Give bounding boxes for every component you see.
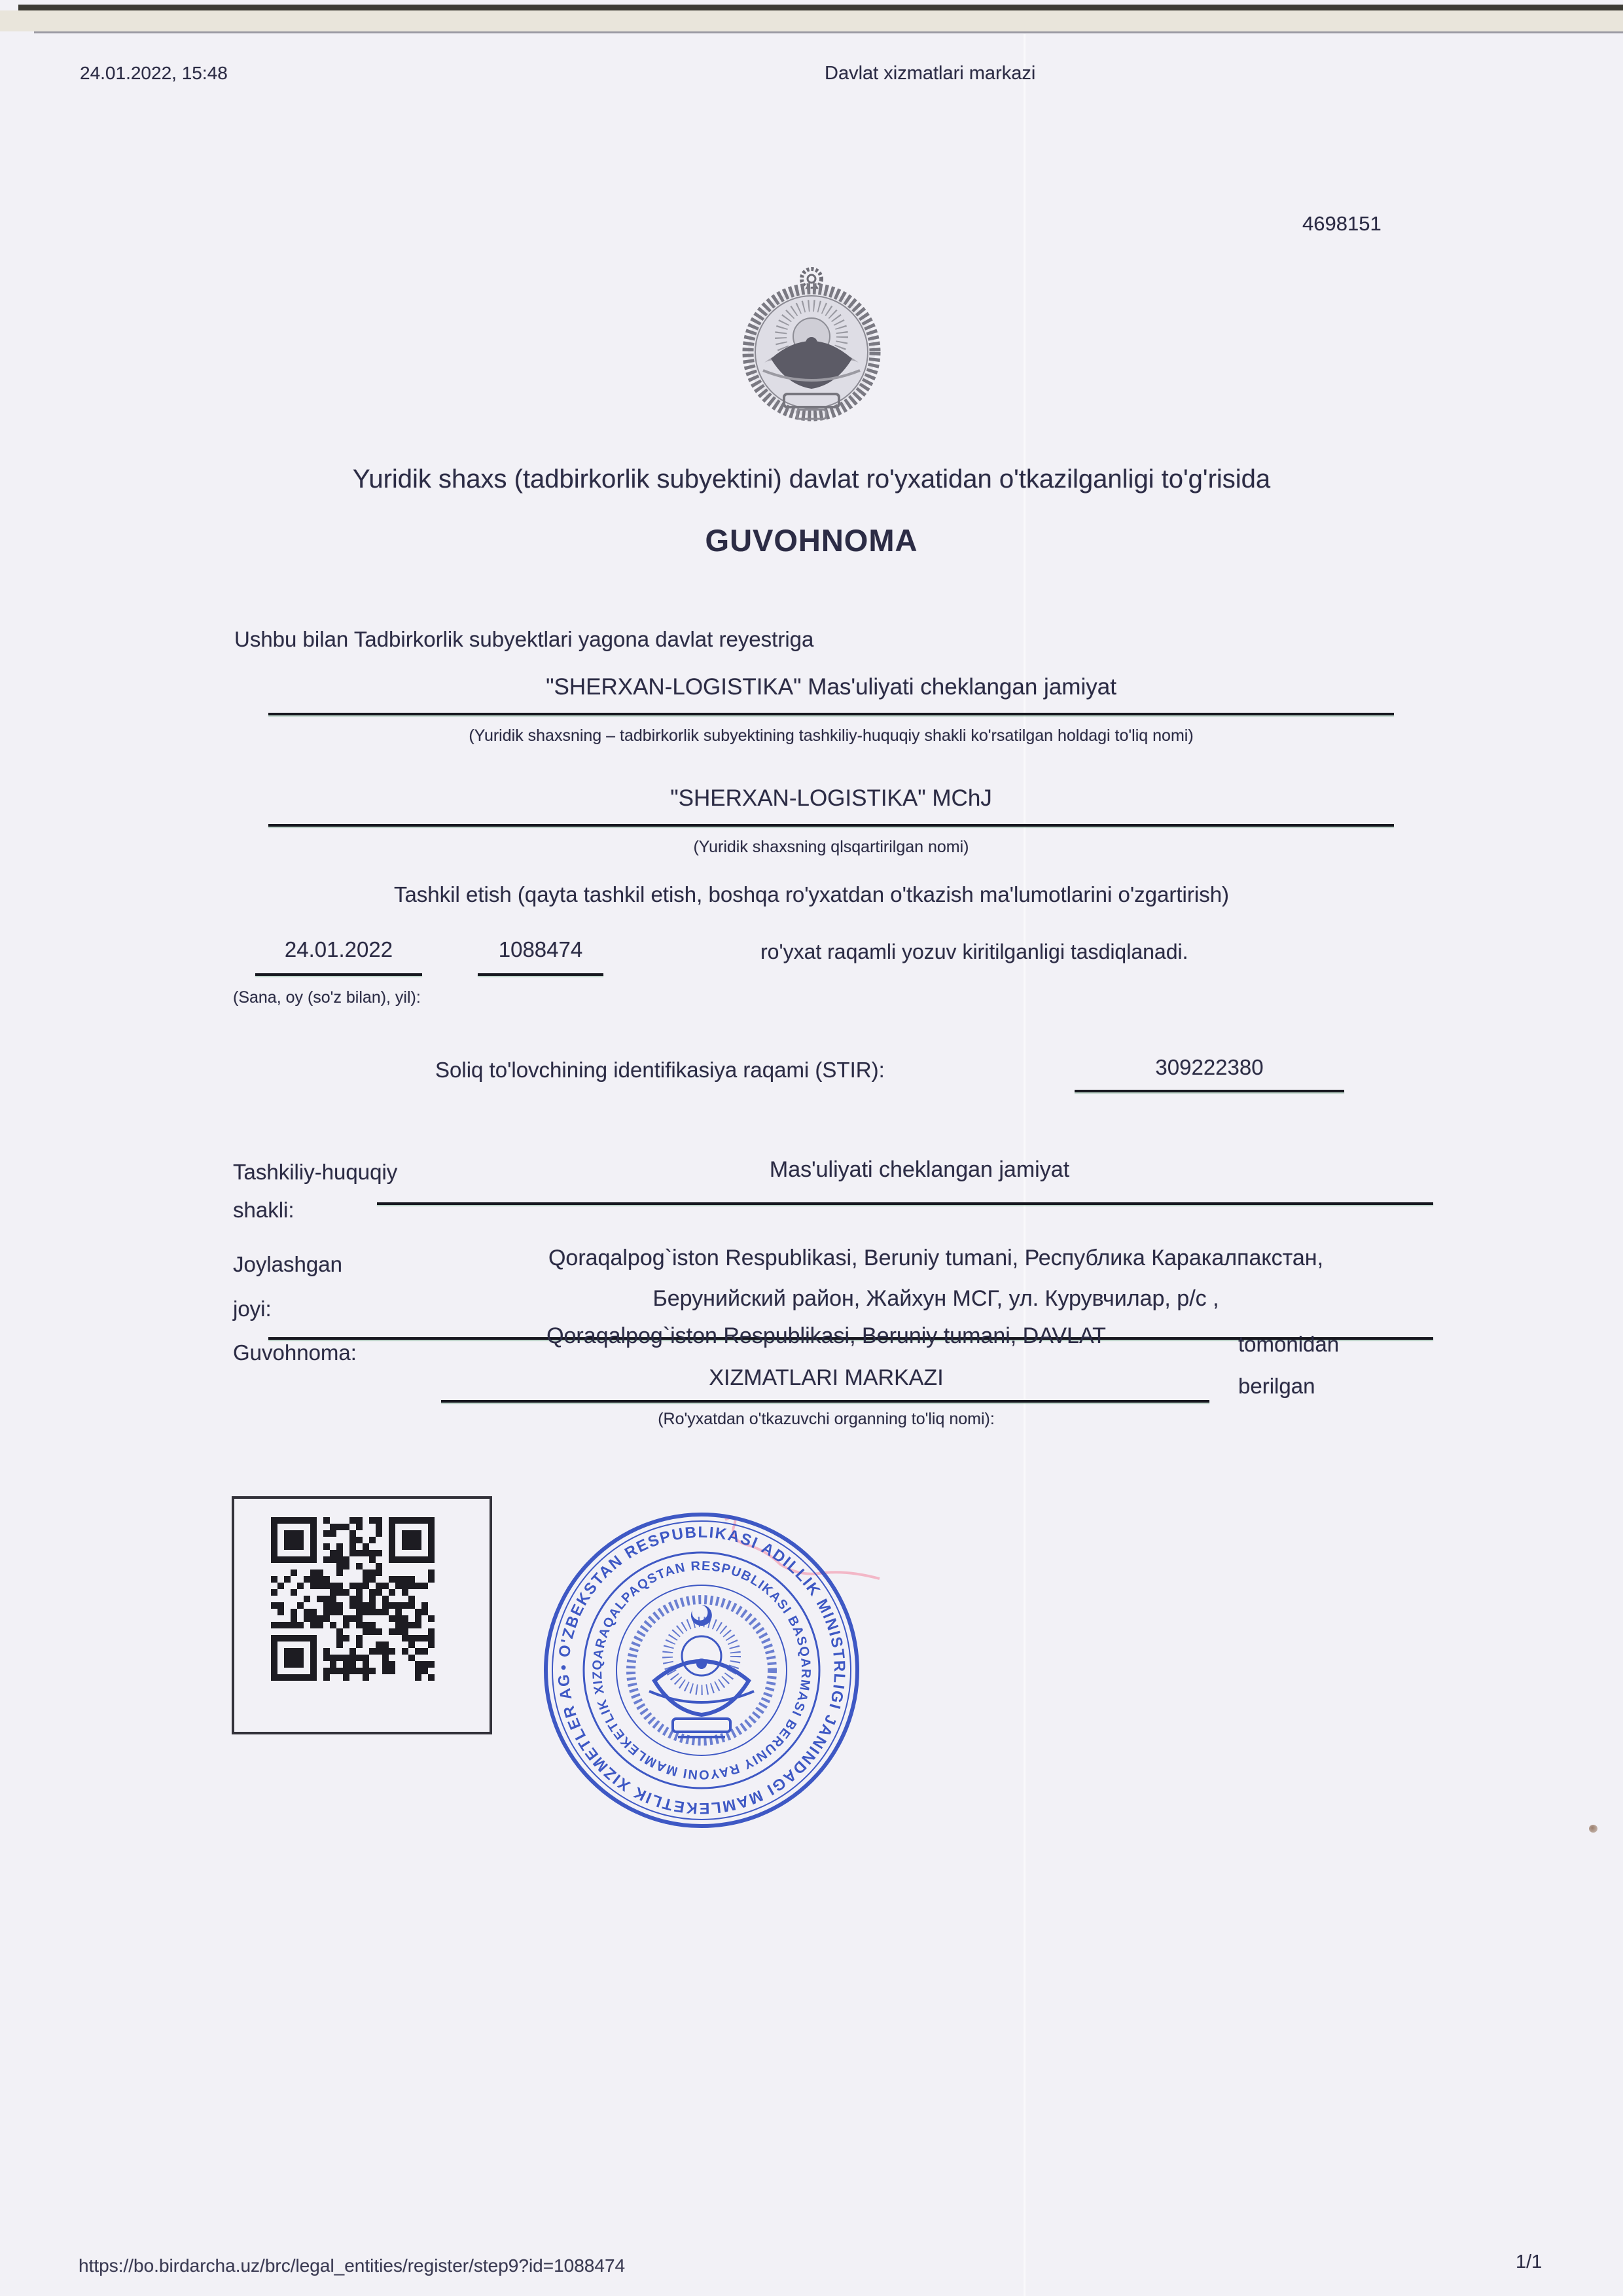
scan-edge-dark-line xyxy=(18,5,1623,10)
underline-registration-number xyxy=(478,973,603,976)
company-short-name: "SHERXAN-LOGISTIKA" MChJ xyxy=(268,785,1394,812)
registration-date: 24.01.2022 xyxy=(255,937,422,962)
location-value-line1: Qoraqalpog`iston Respublikasi, Beruniy t… xyxy=(432,1246,1440,1271)
underline-registration-date xyxy=(255,973,422,976)
print-header-title: Davlat xizmatlari markazi xyxy=(825,63,1035,84)
scan-edge-gray-line xyxy=(34,31,1623,33)
print-header-datetime: 24.01.2022, 15:48 xyxy=(80,63,228,84)
underline-full-name xyxy=(268,713,1394,715)
registration-number: 1088474 xyxy=(475,937,606,962)
uzbekistan-emblem-image xyxy=(737,259,886,428)
underline-issuance xyxy=(441,1400,1209,1403)
legal-form-value: Mas'uliyati cheklangan jamiyat xyxy=(399,1157,1440,1183)
issuance-label: Guvohnoma: xyxy=(233,1340,357,1365)
scan-edge-strip xyxy=(0,10,1623,31)
underline-legal-form xyxy=(377,1202,1433,1205)
qr-code-frame xyxy=(232,1496,492,1734)
intro-line: Ushbu bilan Tadbirkorlik subyektlari yag… xyxy=(234,627,813,652)
scan-speck xyxy=(1589,1825,1597,1833)
issuance-caption: (Ro'yxatdan o'tkazuvchi organning to'liq… xyxy=(442,1410,1211,1429)
certificate-subject-title: Yuridik shaxs (tadbirkorlik subyektini) … xyxy=(0,465,1623,494)
location-value-line2: Берунийский район, Жайхун МСГ, ул. Курув… xyxy=(432,1286,1440,1312)
qr-code xyxy=(271,1517,435,1681)
stir-value: 309222380 xyxy=(1075,1055,1344,1080)
print-footer-url: https://bo.birdarcha.uz/brc/legal_entiti… xyxy=(79,2255,625,2276)
issuance-suffix: tomonidan berilgan xyxy=(1238,1323,1379,1408)
certificate-main-title: GUVOHNOMA xyxy=(0,522,1623,558)
stir-label: Soliq to'lovchining identifikasiya raqam… xyxy=(435,1058,885,1083)
registration-confirmation: ro'yxat raqamli yozuv kiritilganligi tas… xyxy=(760,940,1188,964)
short-name-caption: (Yuridik shaxsning qlsqartirilgan nomi) xyxy=(268,838,1394,857)
underline-short-name xyxy=(268,824,1394,827)
print-footer-page-indicator: 1/1 xyxy=(1516,2251,1542,2273)
issuance-value-line2: XIZMATLARI MARKAZI xyxy=(442,1365,1211,1391)
registration-action-line: Tashkil etish (qayta tashkil etish, bosh… xyxy=(0,882,1623,907)
location-label: Joylashgan joyi: xyxy=(233,1242,364,1331)
issuance-value-line1: Qoraqalpog`iston Respublikasi, Beruniy t… xyxy=(442,1323,1211,1349)
registration-date-caption: (Sana, oy (so'z bilan), yil): xyxy=(233,988,421,1007)
official-stamp: • O'ZBEKSTAN RESPUBLIKASI ADILLIK MINIST… xyxy=(538,1507,865,1834)
full-name-caption: (Yuridik shaxsning – tadbirkorlik subyek… xyxy=(268,726,1394,745)
underline-stir xyxy=(1075,1090,1344,1092)
company-full-name: "SHERXAN-LOGISTIKA" Mas'uliyati cheklang… xyxy=(268,674,1394,700)
scanned-certificate-page: 24.01.2022, 15:48 Davlat xizmatlari mark… xyxy=(0,0,1623,2296)
stamp-emblem xyxy=(631,1600,772,1741)
document-number: 4698151 xyxy=(1302,212,1382,236)
